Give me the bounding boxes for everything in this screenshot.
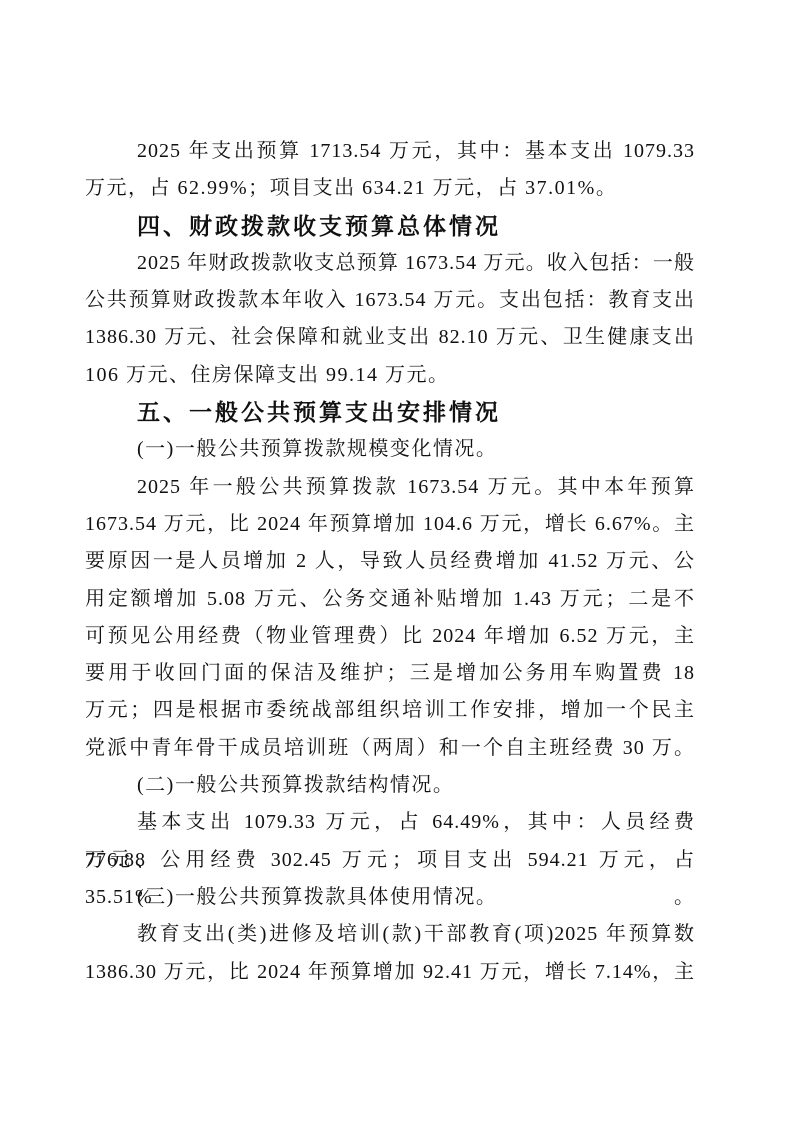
paragraph-line: 1386.30 万元、社会保障和就业支出 82.10 万元、卫生健康支出: [85, 319, 695, 356]
paragraph-line: 基本支出 1079.33 万元，占 64.49%，其中：人员经费 776.88: [85, 804, 695, 841]
subsection-heading-1: (一)一般公共预算拨款规模变化情况。: [85, 431, 695, 468]
paragraph-line: 可预见公用经费（物业管理费）比 2024 年增加 6.52 万元，主: [85, 618, 695, 655]
paragraph-line: 1673.54 万元，比 2024 年预算增加 104.6 万元，增长 6.67…: [85, 506, 695, 543]
paragraph-line: 2025 年财政拨款收支总预算 1673.54 万元。收入包括：一般: [85, 245, 695, 282]
section-heading-4: 四、财政拨款收支预算总体情况: [85, 208, 695, 245]
paragraph-line: 要用于收回门面的保洁及维护；三是增加公务用车购置费 18: [85, 655, 695, 692]
paragraph-line: 党派中青年骨干成员培训班（两周）和一个自主班经费 30 万。: [85, 730, 695, 767]
paragraph-line: 2025 年一般公共预算拨款 1673.54 万元。其中本年预算: [85, 469, 695, 506]
paragraph-line: 公共预算财政拨款本年收入 1673.54 万元。支出包括：教育支出: [85, 282, 695, 319]
section-heading-5: 五、一般公共预算支出安排情况: [85, 394, 695, 431]
paragraph-line: 万元，占 62.99%；项目支出 634.21 万元，占 37.01%。: [85, 170, 695, 207]
paragraph-line: 用定额增加 5.08 万元、公务交通补贴增加 1.43 万元；二是不: [85, 581, 695, 618]
paragraph-line: 万元、公用经费 302.45 万元；项目支出 594.21 万元，占 35.51…: [85, 842, 695, 879]
paragraph-line: 106 万元、住房保障支出 99.14 万元。: [85, 357, 695, 394]
subsection-heading-2: (二)一般公共预算拨款结构情况。: [85, 767, 695, 804]
paragraph-line: 要原因一是人员增加 2 人，导致人员经费增加 41.52 万元、公: [85, 543, 695, 580]
text-block: 2025 年支出预算 1713.54 万元，其中：基本支出 1079.33 万元…: [85, 133, 695, 991]
paragraph-line: 1386.30 万元，比 2024 年预算增加 92.41 万元，增长 7.14…: [85, 954, 695, 991]
document-page: 2025 年支出预算 1713.54 万元，其中：基本支出 1079.33 万元…: [0, 0, 794, 1122]
paragraph-line: 教育支出(类)进修及培训(款)干部教育(项)2025 年预算数: [85, 916, 695, 953]
paragraph-line: 2025 年支出预算 1713.54 万元，其中：基本支出 1079.33: [85, 133, 695, 170]
paragraph-line: 万元；四是根据市委统战部组织培训工作安排，增加一个民主: [85, 692, 695, 729]
